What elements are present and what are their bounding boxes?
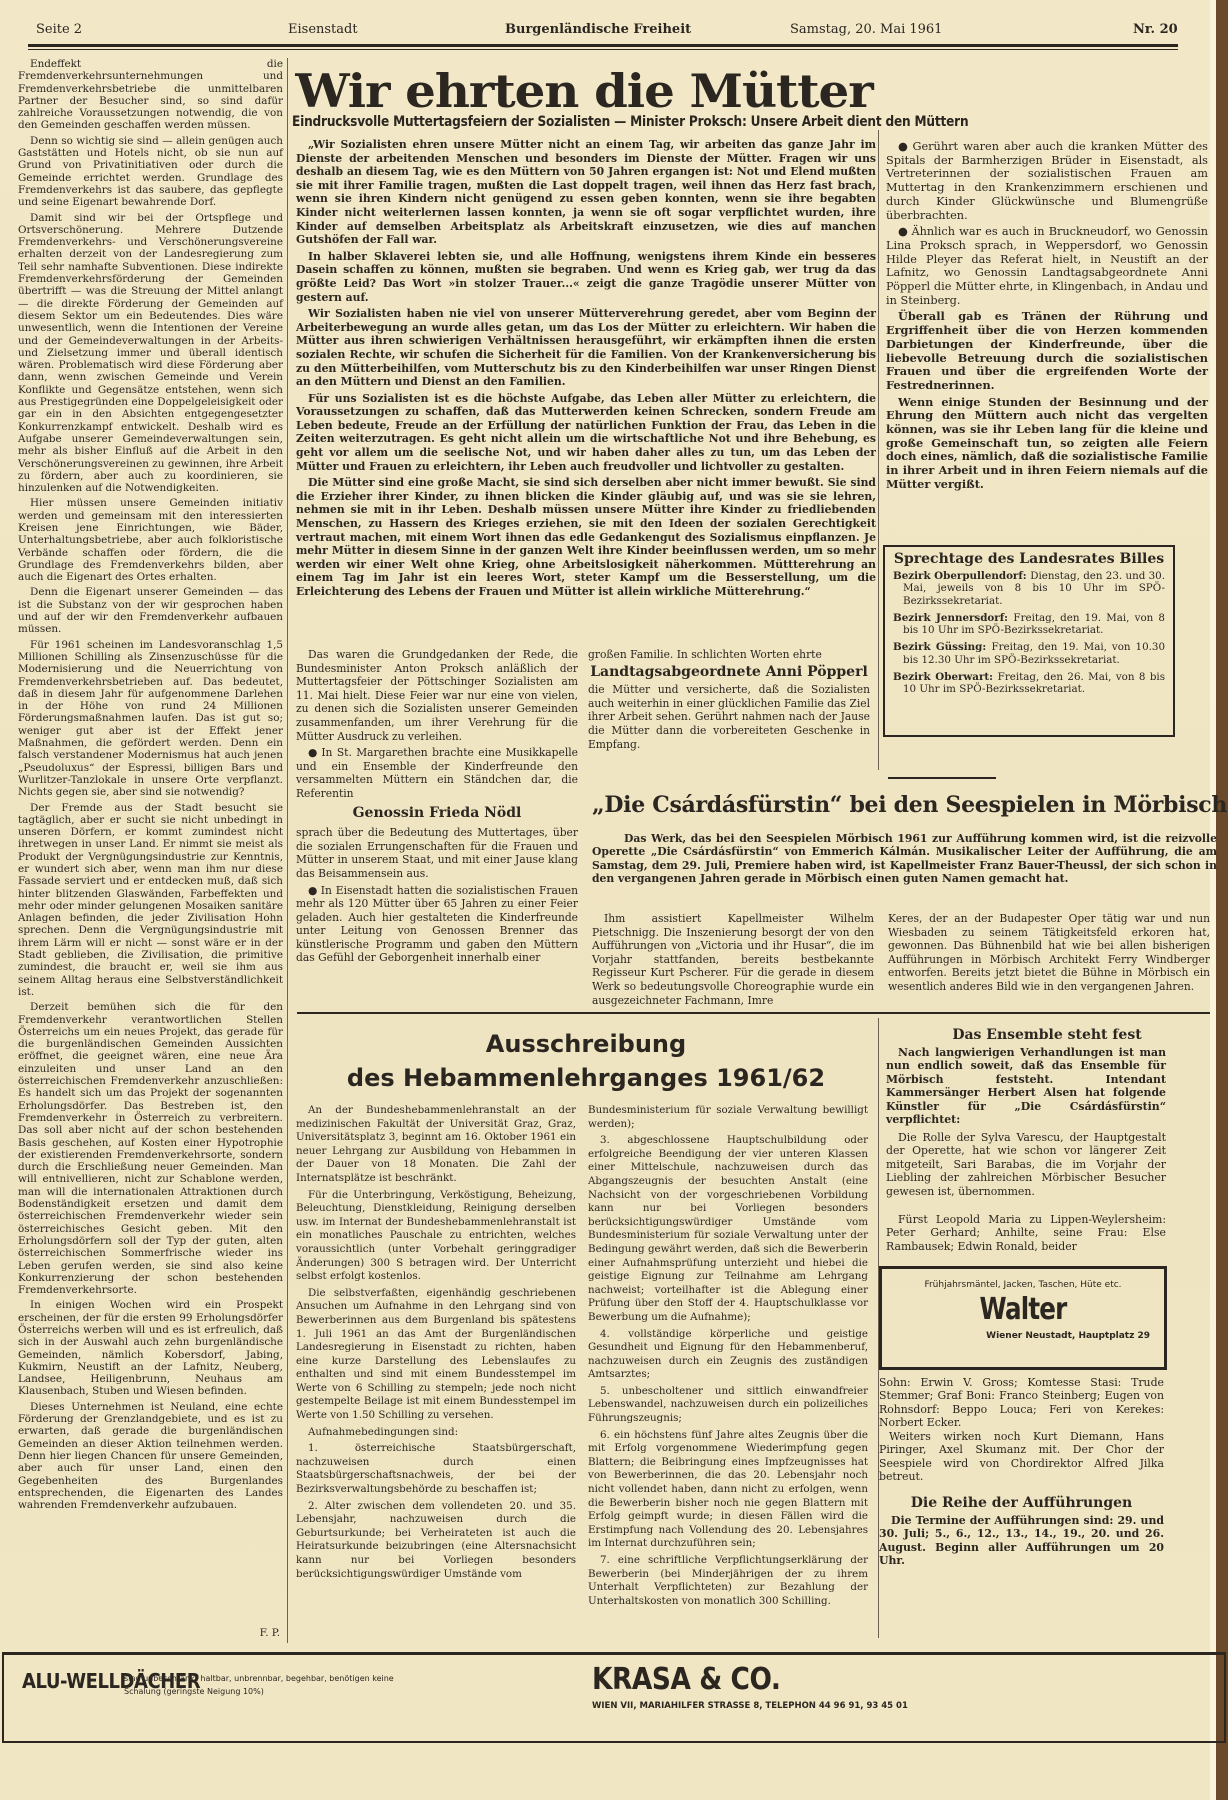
hebammen-paragraph: 5. unbescholtener und sittlich einwandfr… bbox=[588, 1385, 868, 1426]
walter-tagline: Frühjahrsmäntel, Jacken, Taschen, Hüte e… bbox=[882, 1280, 1164, 1290]
quote-paragraph: Die Mütter sind eine große Macht, sie si… bbox=[296, 476, 876, 598]
krasa-ad: ALU-WELLDÄCHER sind unbeschränkt haltbar… bbox=[2, 1652, 1226, 1743]
right-col-bold-paragraph: Wenn einige Stunden der Besinnung und de… bbox=[886, 396, 1208, 492]
ensemble-title: Das Ensemble steht fest bbox=[886, 1027, 1208, 1043]
csardas-col-2: Keres, der an der Budapester Oper tätig … bbox=[888, 912, 1210, 994]
schedule-title: Die Reihe der Aufführungen bbox=[879, 1495, 1164, 1511]
ad-company: KRASA & CO. bbox=[592, 1662, 780, 1697]
csardas-col-1: Ihm assistiert Kapellmeister Wilhelm Pie… bbox=[592, 912, 874, 1007]
hebammen-headline-2: des Hebammenlehrganges 1961/62 bbox=[296, 1064, 876, 1092]
quote-paragraph: Für uns Sozialisten ist es die höchste A… bbox=[296, 392, 876, 474]
lead-headline: Wir ehrten die Mütter bbox=[275, 66, 892, 116]
column-divider bbox=[878, 130, 879, 770]
walter-ad: Frühjahrsmäntel, Jacken, Taschen, Hüte e… bbox=[879, 1266, 1167, 1370]
walter-brand: Walter bbox=[907, 1292, 1138, 1327]
schedule-text: Die Termine der Aufführungen sind: 29. u… bbox=[879, 1514, 1164, 1568]
divider bbox=[888, 777, 996, 779]
col-b-lead: großen Familie. In schlichten Worten ehr… bbox=[588, 648, 870, 662]
left-article-paragraph: Hier müssen unsere Gemeinden initiativ w… bbox=[18, 497, 283, 583]
masthead: Seite 2 Eisenstadt Burgenländische Freih… bbox=[28, 22, 1178, 42]
sprechtag-entry: Bezirk Güssing: Freitag, den 19. Mai, vo… bbox=[893, 641, 1165, 666]
col-a-paragraph: Das waren die Grundgedanken der Rede, di… bbox=[296, 648, 578, 743]
left-article-paragraph: In einigen Wochen wird ein Prospekt ersc… bbox=[18, 1299, 283, 1397]
page-number: Seite 2 bbox=[36, 22, 82, 37]
section-rule bbox=[297, 1012, 1210, 1014]
hebammen-paragraph: Aufnahmebedingungen sind: bbox=[296, 1426, 576, 1440]
ensemble-p4: Weiters wirken noch Kurt Diemann, Hans P… bbox=[879, 1430, 1164, 1484]
lead-column-b: großen Familie. In schlichten Worten ehr… bbox=[588, 648, 870, 754]
ad-desc-1: sind unbeschränkt haltbar, unbrennbar, b… bbox=[124, 1674, 394, 1683]
hebammen-paragraph: 4. vollständige körperliche und geistige… bbox=[588, 1328, 868, 1382]
binding-edge bbox=[1216, 0, 1228, 1800]
hebammen-paragraph: Für die Unterbringung, Verköstigung, Beh… bbox=[296, 1189, 576, 1284]
left-article-paragraph: Derzeit bemühen sich die für den Fremden… bbox=[18, 1001, 283, 1296]
hebammen-headline-1: Ausschreibung bbox=[296, 1030, 876, 1058]
left-article-paragraph: Damit sind wir bei der Ortspflege und Or… bbox=[18, 212, 283, 495]
masthead-rule bbox=[28, 44, 1178, 47]
hebammen-paragraph: An der Bundeshebammenlehranstalt an der … bbox=[296, 1104, 576, 1186]
column-divider bbox=[287, 58, 288, 1643]
col-a-paragraph: In St. Margarethen brachte eine Musikkap… bbox=[296, 746, 578, 800]
hebammen-col-2: Bundesministerium für soziale Verwaltung… bbox=[588, 1104, 868, 1611]
ensemble-p3: Sohn: Erwin V. Gross; Komtesse Stasi: Tr… bbox=[879, 1376, 1164, 1430]
hebammen-paragraph: 2. Alter zwischen dem vollendeten 20. un… bbox=[296, 1500, 576, 1582]
col-a-paragraph: sprach über die Bedeutung des Muttertage… bbox=[296, 826, 578, 880]
lead-subheadline: Eindrucksvolle Muttertagsfeiern der Sozi… bbox=[292, 114, 1157, 130]
hebammen-paragraph: 1. österreichische Staatsbürgerschaft, n… bbox=[296, 1442, 576, 1496]
csardas-headline: „Die Csárdásfürstin“ bei den Seespielen … bbox=[592, 792, 1222, 818]
hebammen-paragraph: 3. abgeschlossene Hauptschulbildung oder… bbox=[588, 1134, 868, 1324]
ensemble-p2: Fürst Leopold Maria zu Lippen-Weylershei… bbox=[886, 1213, 1166, 1253]
city: Eisenstadt bbox=[288, 22, 358, 37]
speaker-name: Landtagsabgeordnete Anni Pöpperl bbox=[588, 666, 870, 680]
sprechtag-entry: Bezirk Oberwart: Freitag, den 26. Mai, v… bbox=[893, 671, 1165, 696]
quote-paragraph: „Wir Sozialisten ehren unsere Mütter nic… bbox=[296, 138, 876, 247]
sprechtage-title: Sprechtage des Landesrates Billes bbox=[893, 551, 1165, 567]
right-col-paragraph: Ähnlich war es auch in Bruckneudorf, wo … bbox=[886, 225, 1208, 307]
left-article-paragraph: Der Fremde aus der Stadt besucht sie tag… bbox=[18, 802, 283, 999]
quote-paragraph: In halber Sklaverei lebten sie, und alle… bbox=[296, 250, 876, 304]
col-b-paragraph: die Mütter und versicherte, daß die Sozi… bbox=[588, 683, 870, 751]
left-article-paragraph: Denn so wichtig sie sind — allein genüge… bbox=[18, 135, 283, 209]
right-col-bold-paragraph: Überall gab es Tränen der Rührung und Er… bbox=[886, 310, 1208, 392]
hebammen-paragraph: Die selbstverfaßten, eigenhändig geschri… bbox=[296, 1287, 576, 1423]
csardas-lead: Das Werk, das bei den Seespielen Mörbisc… bbox=[592, 832, 1217, 886]
sprechtag-entry: Bezirk Oberpullendorf: Dienstag, den 23.… bbox=[893, 570, 1165, 607]
newspaper-page: Seite 2 Eisenstadt Burgenländische Freih… bbox=[0, 0, 1228, 1800]
issue-number: Nr. 20 bbox=[1133, 22, 1178, 37]
lead-right-column: Gerührt waren aber auch die kranken Mütt… bbox=[886, 140, 1208, 495]
walter-address: Wiener Neustadt, Hauptplatz 29 bbox=[882, 1331, 1150, 1341]
paper-name: Burgenländische Freiheit bbox=[505, 22, 691, 37]
right-col-paragraph: Gerührt waren aber auch die kranken Mütt… bbox=[886, 140, 1208, 222]
sprechtage-box: Sprechtage des Landesrates Billes Bezirk… bbox=[883, 545, 1175, 737]
left-article-paragraph: Denn die Eigenart unserer Gemeinden — da… bbox=[18, 586, 283, 635]
lead-quote: „Wir Sozialisten ehren unsere Mütter nic… bbox=[296, 138, 876, 602]
quote-paragraph: Wir Sozialisten haben nie viel von unser… bbox=[296, 307, 876, 389]
left-article: Endeffekt die Fremdenverkehrsunternehmun… bbox=[18, 58, 283, 1514]
speaker-name: Genossin Frieda Nödl bbox=[296, 807, 578, 821]
left-article-signature: F. P. bbox=[240, 1627, 280, 1639]
col-a-paragraph: In Eisenstadt hatten die sozialistischen… bbox=[296, 884, 578, 966]
issue-date: Samstag, 20. Mai 1961 bbox=[790, 22, 942, 37]
masthead-rule-thin bbox=[28, 49, 1178, 50]
left-article-paragraph: Für 1961 scheinen im Landesvoranschlag 1… bbox=[18, 639, 283, 799]
ad-address: WIEN VII, MARIAHILFER STRASSE 8, TELEPHO… bbox=[592, 1701, 908, 1711]
hebammen-paragraph: 6. ein höchstens fünf Jahre altes Zeugni… bbox=[588, 1429, 868, 1551]
hebammen-col-1: An der Bundeshebammenlehranstalt an der … bbox=[296, 1104, 576, 1584]
lead-column-a: Das waren die Grundgedanken der Rede, di… bbox=[296, 648, 578, 968]
hebammen-paragraph: 7. eine schriftliche Verpflichtungserklä… bbox=[588, 1554, 868, 1608]
left-article-paragraph: Endeffekt die Fremdenverkehrsunternehmun… bbox=[18, 58, 283, 132]
ensemble-p1: Die Rolle der Sylva Varescu, der Hauptge… bbox=[886, 1131, 1166, 1198]
left-article-paragraph: Dieses Unternehmen ist Neuland, eine ech… bbox=[18, 1401, 283, 1512]
ensemble-intro: Nach langwierigen Verhandlungen ist man … bbox=[886, 1046, 1166, 1126]
hebammen-paragraph: Bundesministerium für soziale Verwaltung… bbox=[588, 1104, 868, 1131]
ad-desc-2: Schalung (geringste Neigung 10%) bbox=[124, 1687, 264, 1696]
sprechtag-entry: Bezirk Jennersdorf: Freitag, den 19. Mai… bbox=[893, 612, 1165, 637]
